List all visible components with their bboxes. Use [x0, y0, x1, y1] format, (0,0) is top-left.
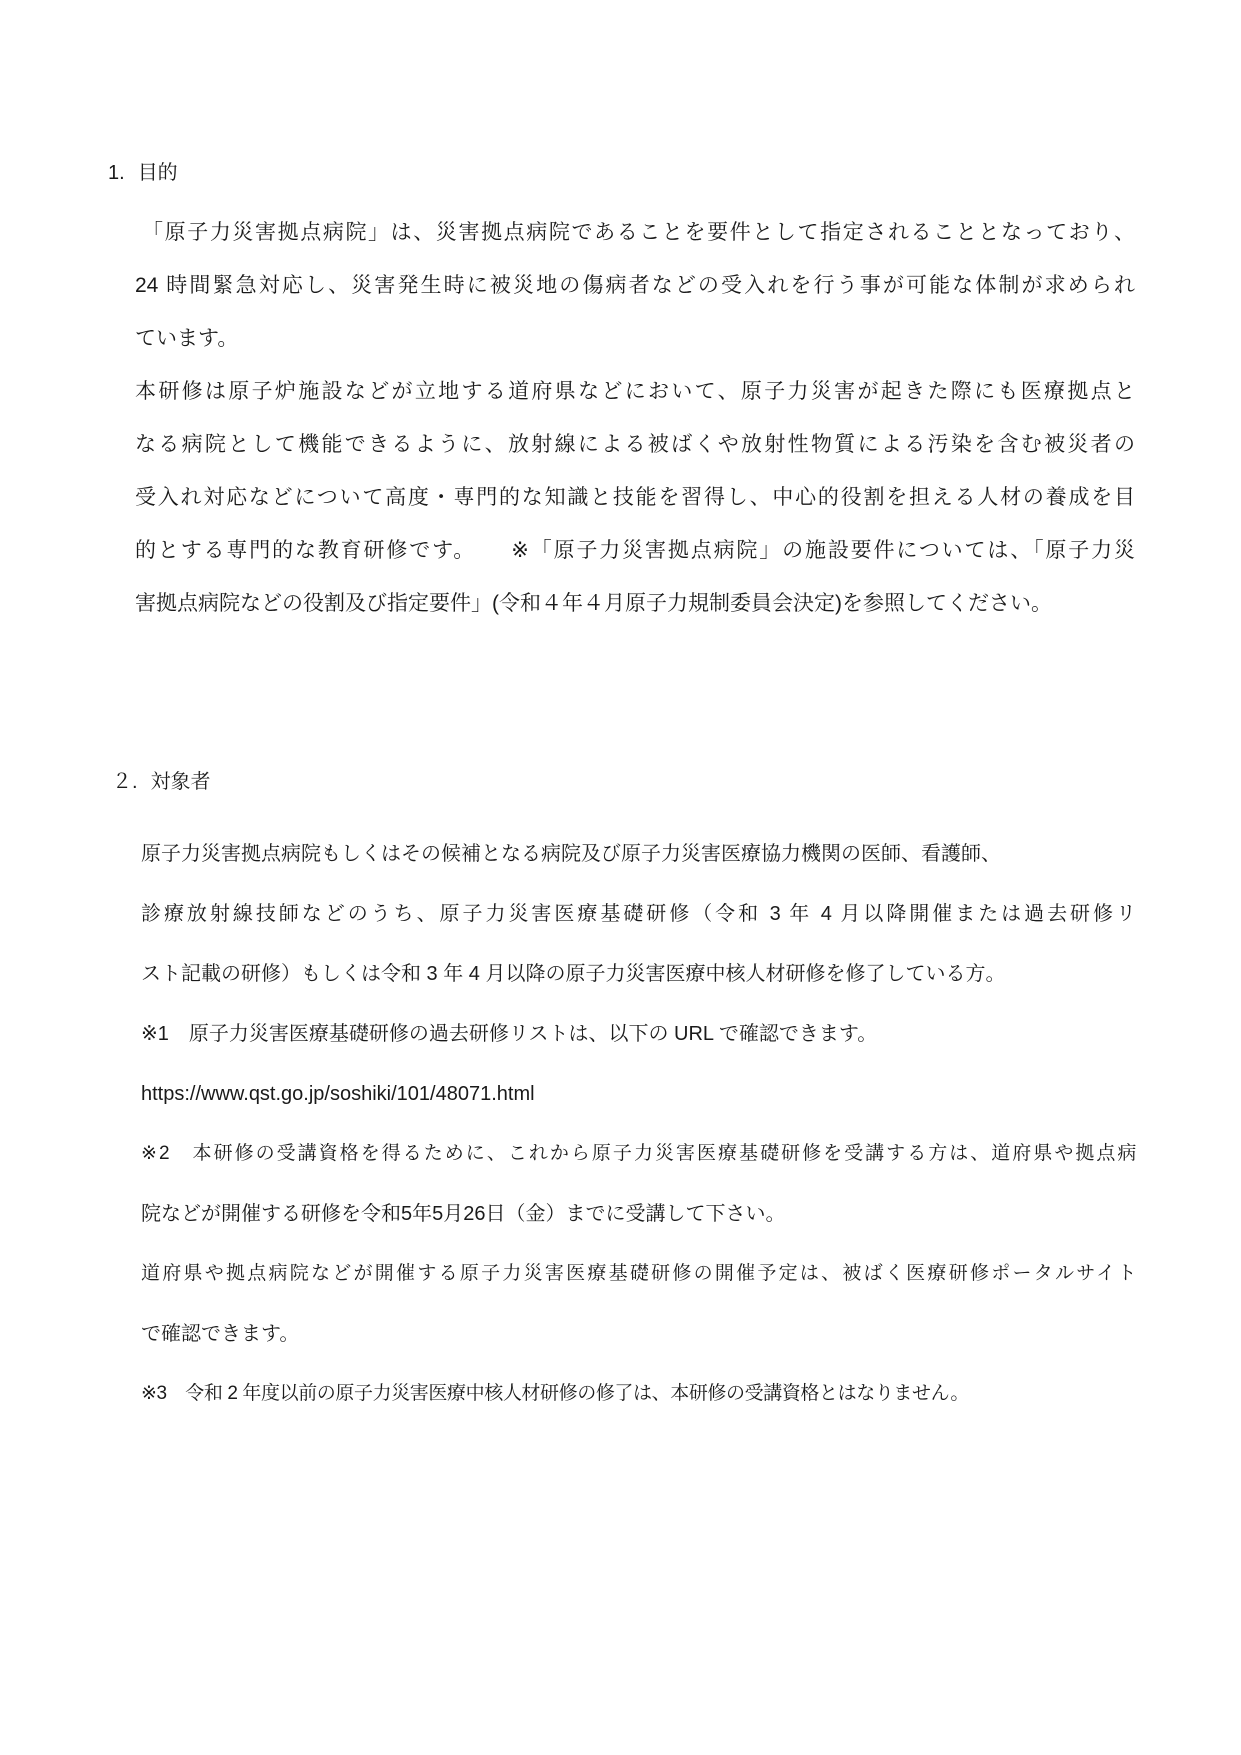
text-line: 的とする専門的な教育研修です。 ※「原子力災害拠点病院」の施設要件については、「… [135, 524, 1135, 577]
text-line: 原子力災害拠点病院もしくはその候補となる病院及び原子力災害医療協力機関の医師、看… [141, 824, 1136, 884]
document-page: 1. 目的 「原子力災害拠点病院」は、災害拠点病院であることを要件として指定され… [0, 0, 1241, 1755]
section-2-heading: ２. 対象者 [112, 770, 211, 794]
text-line: スト記載の研修）もしくは令和 3 年 4 月以降の原子力災害医療中核人材研修を修… [141, 944, 1136, 1004]
section-1-title: 目的 [138, 161, 178, 185]
text-line: 診療放射線技師などのうち、原子力災害医療基礎研修（令和 3 年 4 月以降開催ま… [141, 884, 1136, 944]
text-line: 道府県や拠点病院などが開催する原子力災害医療基礎研修の開催予定は、被ばく医療研修… [141, 1244, 1136, 1304]
section-2-number: ２. [112, 770, 138, 794]
section-1-heading: 1. 目的 [108, 161, 178, 185]
section-2-title: 対象者 [151, 770, 211, 794]
section-1-number: 1. [108, 161, 125, 185]
text-line: 24 時間緊急対応し、災害発生時に被災地の傷病者などの受入れを行う事が可能な体制… [135, 259, 1135, 312]
text-line: 「原子力災害拠点病院」は、災害拠点病院であることを要件として指定されることとなっ… [135, 206, 1135, 259]
text-line: 本研修は原子炉施設などが立地する道府県などにおいて、原子力災害が起きた際にも医療… [135, 365, 1135, 418]
text-line: なる病院として機能できるように、放射線による被ばくや放射性物質による汚染を含む被… [135, 418, 1135, 471]
text-line: で確認できます。 [141, 1304, 1136, 1364]
text-line: 院などが開催する研修を令和5年5月26日（金）までに受講して下さい。 [141, 1184, 1136, 1244]
note-3-line: ※3 令和 2 年度以前の原子力災害医療中核人材研修の修了は、本研修の受講資格と… [141, 1364, 1136, 1424]
section-2-body: 原子力災害拠点病院もしくはその候補となる病院及び原子力災害医療協力機関の医師、看… [141, 824, 1136, 1424]
text-line: 受入れ対応などについて高度・専門的な知識と技能を習得し、中心的役割を担える人材の… [135, 471, 1135, 524]
text-line: ています。 [135, 312, 1135, 365]
note-1-line: ※1 原子力災害医療基礎研修の過去研修リストは、以下の URL で確認できます。 [141, 1004, 1136, 1064]
text-line: 害拠点病院などの役割及び指定要件」(令和４年４月原子力規制委員会決定)を参照して… [135, 577, 1135, 630]
note-2-line: ※2 本研修の受講資格を得るために、これから原子力災害医療基礎研修を受講する方は… [141, 1124, 1136, 1184]
url-text: https://www.qst.go.jp/soshiki/101/48071.… [141, 1064, 1136, 1124]
section-1-body: 「原子力災害拠点病院」は、災害拠点病院であることを要件として指定されることとなっ… [135, 206, 1135, 630]
